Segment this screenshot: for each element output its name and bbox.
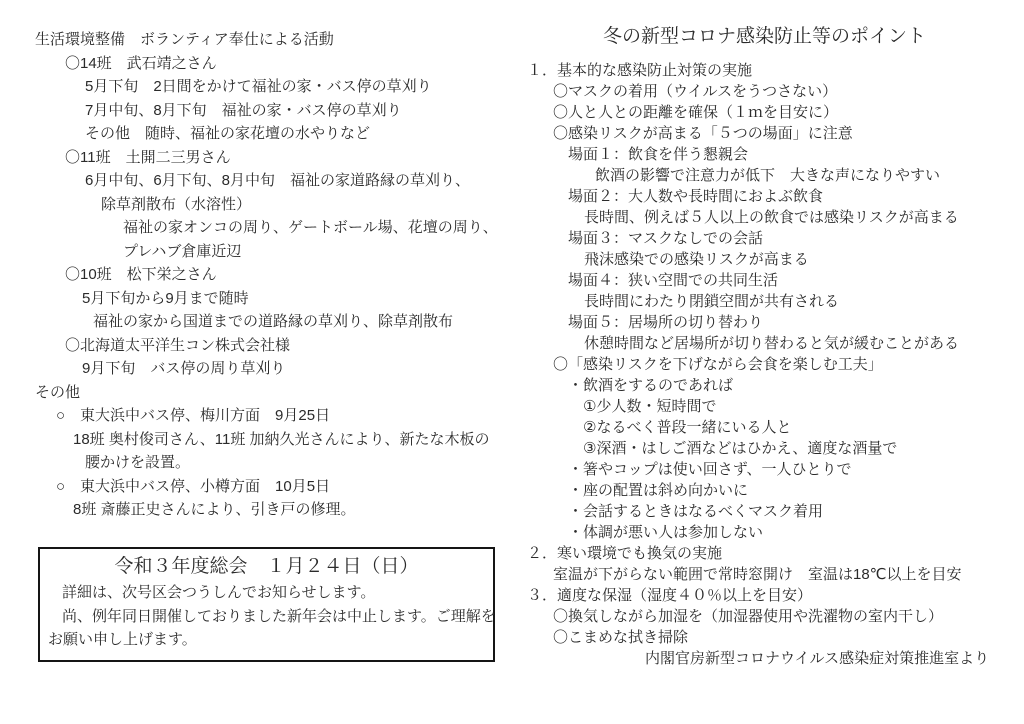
text-line: 福祉の家から国道までの道路縁の草刈り、除草剤散布 [35,310,513,334]
text-line: 〇北海道太平洋生コン株式会社様 [35,334,513,358]
text-line: 5月下旬 2日間をかけて福祉の家・バス停の草刈り [35,75,513,99]
text-line: 〇人と人との距離を確保（１ｍを目安に） [527,102,1002,123]
text-line: 〇換気しながら加湿を（加湿器使用や洗濯物の室内干し） [527,606,1002,627]
text-line: 内閣官房新型コロナウイルス感染症対策推進室より [527,648,1002,669]
text-line: 長時間にわたり閉鎖空間が共有される [527,291,1002,312]
text-line: ・会話するときはなるべくマスク着用 [527,501,1002,522]
text-line: 長時間、例えば５人以上の飲食では感染リスクが高まる [527,207,1002,228]
text-line: その他 [35,381,513,405]
covid-prevention-section: 冬の新型コロナ感染防止等のポイント １．基本的な感染防止対策の実施〇マスクの着用… [527,24,1002,669]
text-line: ・体調が悪い人は参加しない [527,522,1002,543]
text-line: 〇14班 武石靖之さん [35,52,513,76]
text-line: 場面５：居場所の切り替わり [527,312,1002,333]
text-line: 除草剤散布（水溶性） [35,193,513,217]
text-line: ・飲酒をするのであれば [527,375,1002,396]
text-line: ②なるべく普段一緒にいる人と [527,417,1002,438]
annual-meeting-title: 令和３年度総会 １月２４日（日） [48,553,485,581]
text-line: １．基本的な感染防止対策の実施 [527,60,1002,81]
text-line: お願い申し上げます。 [48,628,485,652]
text-line: 生活環境整備 ボランティア奉仕による活動 [35,28,513,52]
text-line: ・箸やコップは使い回さず、一人ひとりで [527,459,1002,480]
covid-prevention-title: 冬の新型コロナ感染防止等のポイント [527,24,1002,50]
text-line: ○ 東大浜中バス停、小樽方面 10月5日 [35,475,513,499]
annual-meeting-lines: 詳細は、次号区会つうしんでお知らせします。尚、例年同日開催しておりました新年会は… [48,581,485,652]
text-line: 飛沫感染での感染リスクが高まる [527,249,1002,270]
text-line: 〇こまめな拭き掃除 [527,627,1002,648]
volunteer-activities-section: 生活環境整備 ボランティア奉仕による活動〇14班 武石靖之さん5月下旬 2日間を… [35,28,513,522]
newsletter-page: 生活環境整備 ボランティア奉仕による活動〇14班 武石靖之さん5月下旬 2日間を… [0,0,1024,724]
text-line: ・座の配置は斜め向かいに [527,480,1002,501]
covid-prevention-lines: １．基本的な感染防止対策の実施〇マスクの着用（ウイルスをうつさない）〇人と人との… [527,60,1002,669]
text-line: 〇11班 土開二三男さん [35,146,513,170]
text-line: 場面４：狭い空間での共同生活 [527,270,1002,291]
text-line: 福祉の家オンコの周り、ゲートボール場、花壇の周り、 [35,216,513,240]
text-line: 〇「感染リスクを下げながら会食を楽しむ工夫」 [527,354,1002,375]
text-line: 場面３：マスクなしでの会話 [527,228,1002,249]
text-line: ①少人数・短時間で [527,396,1002,417]
text-line: 〇感染リスクが高まる「５つの場面」に注意 [527,123,1002,144]
text-line: プレハブ倉庫近辺 [35,240,513,264]
text-line: 8班 斎藤正史さんにより、引き戸の修理。 [35,498,513,522]
text-line: ２．寒い環境でも換気の実施 [527,543,1002,564]
text-line: 室温が下がらない範囲で常時窓開け 室温は18℃以上を目安 [527,564,1002,585]
text-line: 尚、例年同日開催しておりました新年会は中止します。ご理解を [48,605,485,629]
volunteer-activities-lines: 生活環境整備 ボランティア奉仕による活動〇14班 武石靖之さん5月下旬 2日間を… [35,28,513,522]
text-line: 6月中旬、6月下旬、8月中旬 福祉の家道路縁の草刈り、 [35,169,513,193]
text-line: 詳細は、次号区会つうしんでお知らせします。 [48,581,485,605]
annual-meeting-notice-box: 令和３年度総会 １月２４日（日） 詳細は、次号区会つうしんでお知らせします。尚、… [38,547,495,662]
text-line: 〇10班 松下栄之さん [35,263,513,287]
text-line: ③深酒・はしご酒などはひかえ、適度な酒量で [527,438,1002,459]
text-line: 場面１：飲食を伴う懇親会 [527,144,1002,165]
text-line: 18班 奥村俊司さん、11班 加納久光さんにより、新たな木板の [35,428,513,452]
text-line: 休憩時間など居場所が切り替わると気が緩むことがある [527,333,1002,354]
text-line: ○ 東大浜中バス停、梅川方面 9月25日 [35,404,513,428]
text-line: 5月下旬から9月まで随時 [35,287,513,311]
text-line: その他 随時、福祉の家花壇の水やりなど [35,122,513,146]
text-line: 9月下旬 バス停の周り草刈り [35,357,513,381]
text-line: 〇マスクの着用（ウイルスをうつさない） [527,81,1002,102]
text-line: 7月中旬、8月下旬 福祉の家・バス停の草刈り [35,99,513,123]
text-line: 場面２：大人数や長時間におよぶ飲食 [527,186,1002,207]
text-line: 腰かけを設置。 [35,451,513,475]
text-line: ３．適度な保湿（湿度４０％以上を目安） [527,585,1002,606]
text-line: 飲酒の影響で注意力が低下 大きな声になりやすい [527,165,1002,186]
